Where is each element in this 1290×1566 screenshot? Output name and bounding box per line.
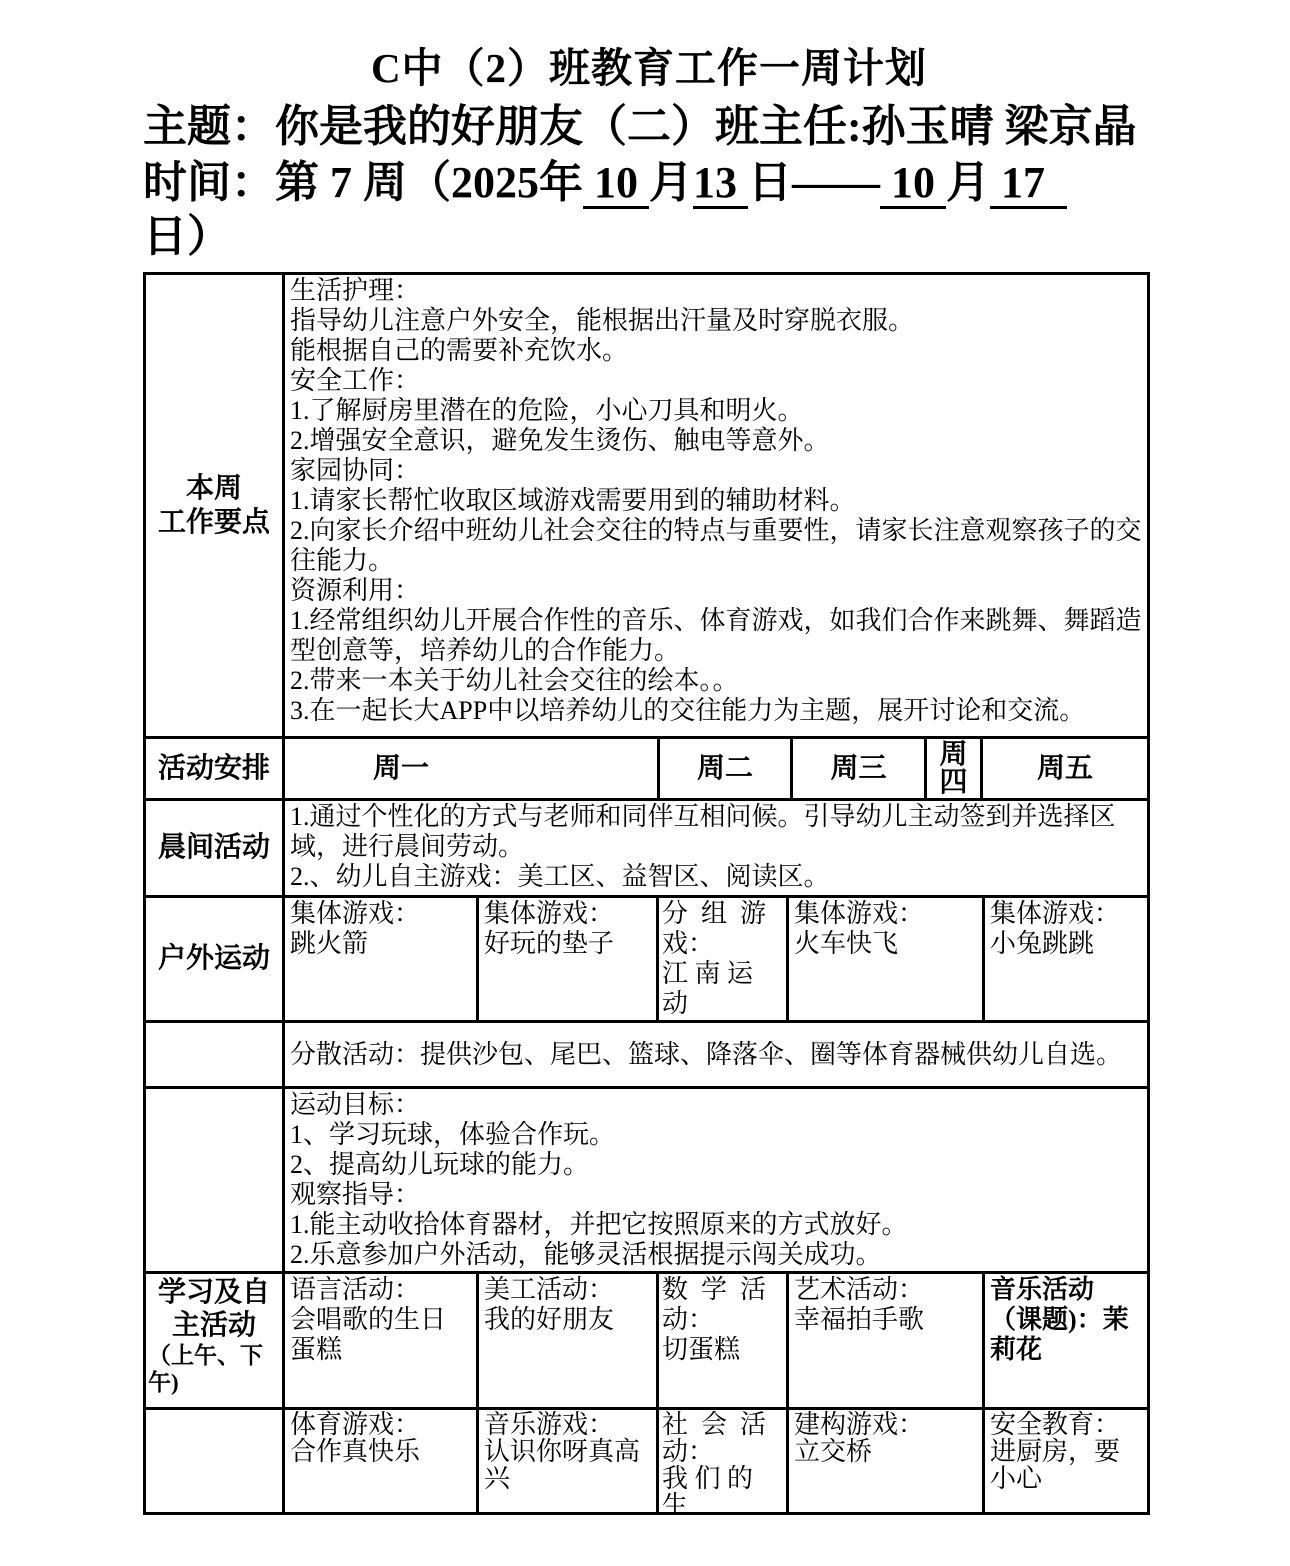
cell-morning-activity-content: 1.通过个性化的方式与老师和同伴互相问候。引导幼儿主动签到并选择区域，进行晨间劳… [282, 801, 1147, 895]
cell-afternoon-tuesday: 音乐游戏： 认识你呀真高兴 [476, 1410, 656, 1512]
table-row-sport-goals: 运动目标： 1、学习玩球，体验合作玩。 2、提高幼儿玩球的能力。 观察指导： 1… [146, 1086, 1147, 1271]
cell-learning-wednesday: 数 学 活 动： 切蛋糕 [656, 1274, 786, 1407]
table-row-learning-activity: 学习及自主活动 （上午、下午) 语言活动： 会唱歌的生日蛋糕 美工活动： 我的好… [146, 1271, 1147, 1407]
cell-dispersed-activity-content: 分散活动：提供沙包、尾巴、篮球、降落伞、圈等体育器械供幼儿自选。 [282, 1023, 1147, 1086]
cell-afternoon-thursday: 建构游戏： 立交桥 [786, 1410, 982, 1512]
document-title: C中（2）班教育工作一周计划 [143, 44, 1155, 92]
time-prefix: 时间：第 7 周（2025年 [143, 158, 583, 207]
cell-learning-monday: 语言活动： 会唱歌的生日蛋糕 [282, 1274, 476, 1407]
cell-afternoon-monday: 体育游戏： 合作真快乐 [282, 1410, 476, 1512]
row-label-outdoor-sports: 户外运动 [146, 898, 282, 1020]
row-label-empty-2 [146, 1089, 282, 1271]
cell-outdoor-friday: 集体游戏： 小兔跳跳 [982, 898, 1147, 1020]
cell-afternoon-wednesday: 社 会 活 动： 我 们 的 生 日 [656, 1410, 786, 1512]
row-label-activity-schedule: 活动安排 [146, 739, 282, 798]
row-label-empty-1 [146, 1023, 282, 1086]
cell-learning-thursday: 艺术活动： 幸福拍手歌 [786, 1274, 982, 1407]
table-row-outdoor-sports: 户外运动 集体游戏： 跳火箭 集体游戏： 好玩的垫子 分 组 游 戏： 江 南 … [146, 895, 1147, 1020]
document-page: C中（2）班教育工作一周计划 主题：你是我的好朋友（二）班主任:孙玉晴 梁京晶 … [0, 44, 1290, 1515]
cell-sport-goals-content: 运动目标： 1、学习玩球，体验合作玩。 2、提高幼儿玩球的能力。 观察指导： 1… [282, 1089, 1147, 1271]
cell-week-focus-content: 生活护理： 指导幼儿注意户外安全，能根据出汗量及时穿脱衣服。 能根据自己的需要补… [282, 275, 1147, 736]
time-month-1-value: 10 [583, 158, 649, 207]
time-day-1-value: 13 [693, 158, 748, 207]
row-label-morning-activity: 晨间活动 [146, 801, 282, 895]
time-dash: 日—— [748, 158, 880, 207]
time-line: 时间：第 7 周（2025年 10 月13 日—— 10 月 17 日） [143, 156, 1155, 264]
time-month-2-value: 10 [880, 158, 946, 207]
table-row-morning-activity: 晨间活动 1.通过个性化的方式与老师和同伴互相问候。引导幼儿主动签到并选择区域，… [146, 798, 1147, 895]
header-wednesday: 周三 [790, 739, 924, 798]
row-label-learning-activity-main: 学习及自主活动 [148, 1276, 280, 1342]
time-suffix: 日） [143, 210, 1155, 264]
header-friday: 周五 [980, 739, 1147, 798]
header-thursday: 周四 [924, 739, 980, 798]
time-day-2-value: 17 [990, 158, 1067, 207]
cell-outdoor-monday: 集体游戏： 跳火箭 [282, 898, 476, 1020]
table-row-dispersed-activity: 分散活动：提供沙包、尾巴、篮球、降落伞、圈等体育器械供幼儿自选。 [146, 1020, 1147, 1086]
table-row-day-header: 活动安排 周一 周二 周三 周四 周五 [146, 736, 1147, 798]
row-label-week-focus: 本周 工作要点 [146, 275, 282, 736]
cell-outdoor-tuesday: 集体游戏： 好玩的垫子 [476, 898, 656, 1020]
cell-afternoon-friday: 安全教育： 进厨房，要小心 [982, 1410, 1147, 1512]
row-label-learning-activity: 学习及自主活动 （上午、下午) [146, 1274, 282, 1407]
subject-line: 主题：你是我的好朋友（二）班主任:孙玉晴 梁京晶 [143, 100, 1155, 154]
weekly-plan-table: 本周 工作要点 生活护理： 指导幼儿注意户外安全，能根据出汗量及时穿脱衣服。 能… [143, 272, 1150, 1515]
row-label-learning-activity-sub: （上午、下午) [148, 1342, 280, 1396]
table-row-afternoon-activity: 体育游戏： 合作真快乐 音乐游戏： 认识你呀真高兴 社 会 活 动： 我 们 的… [146, 1407, 1147, 1512]
cell-learning-friday: 音乐活动（课题)：茉莉花 [982, 1274, 1147, 1407]
time-month-1-unit: 月 [649, 158, 693, 207]
time-month-2-unit: 月 [946, 158, 990, 207]
table-row-week-focus: 本周 工作要点 生活护理： 指导幼儿注意户外安全，能根据出汗量及时穿脱衣服。 能… [146, 275, 1147, 736]
cell-outdoor-thursday: 集体游戏： 火车快飞 [786, 898, 982, 1020]
header-tuesday: 周二 [657, 739, 790, 798]
row-label-empty-3 [146, 1410, 282, 1512]
cell-outdoor-wednesday: 分 组 游 戏： 江 南 运 动 日 [656, 898, 786, 1020]
header-monday: 周一 [282, 739, 657, 798]
cell-learning-tuesday: 美工活动： 我的好朋友 [476, 1274, 656, 1407]
